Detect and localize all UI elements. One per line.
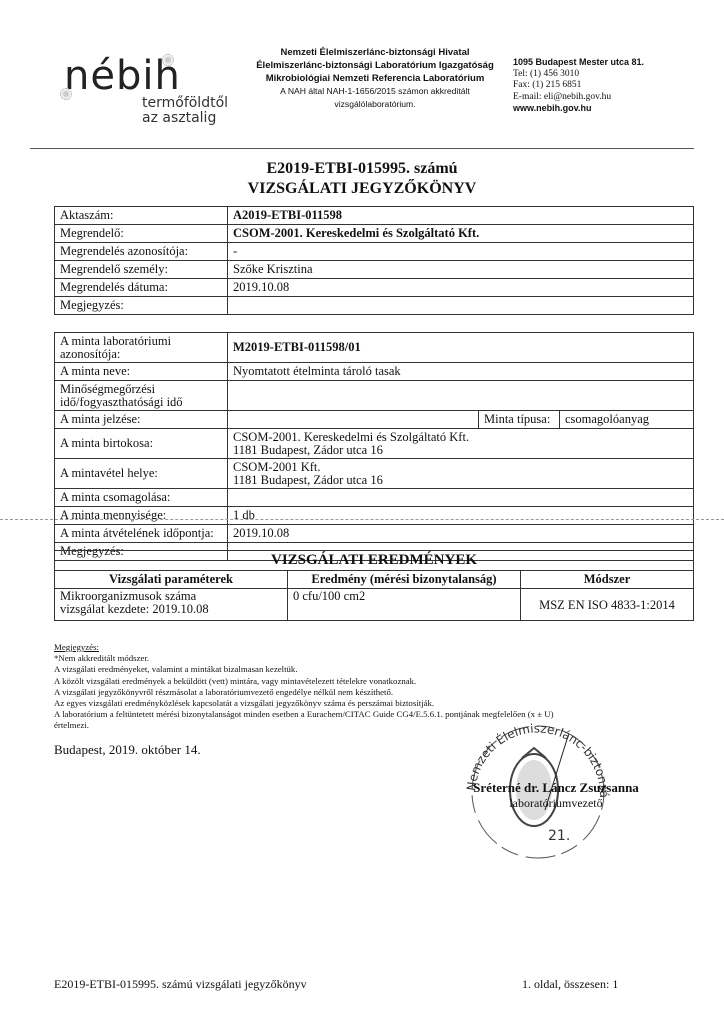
table-row: A minta laboratóriumiazonosítója: M2019-… xyxy=(55,333,694,363)
table-row: Aktaszám:A2019-ETBI-011598 xyxy=(55,207,694,225)
contact-email: E-mail: eli@nebih.gov.hu xyxy=(513,92,683,104)
institution-block: Nemzeti Élelmiszerlánc-biztonsági Hivata… xyxy=(240,46,510,111)
signatory-name: Sréterné dr. Láncz Zsuzsanna xyxy=(456,780,656,796)
field-label: A minta laboratóriumiazonosítója: xyxy=(55,333,228,363)
order-id-value: - xyxy=(228,243,694,261)
note-line: *Nem akkreditált módszer. xyxy=(54,653,694,664)
contact-person-value: Szőke Krisztina xyxy=(228,261,694,279)
contact-block: 1095 Budapest Mester utca 81. Tel: (1) 4… xyxy=(513,57,683,115)
institution-line: Mikrobiológiai Nemzeti Referencia Labora… xyxy=(240,72,510,85)
sample-owner-value: CSOM-2001. Kereskedelmi és Szolgáltató K… xyxy=(228,429,694,459)
field-label: Megrendelés azonosítója: xyxy=(55,243,228,261)
accreditation-line: vizsgálólaboratórium. xyxy=(240,98,510,111)
column-header: Módszer xyxy=(521,571,694,589)
table-row: Megrendelés azonosítója:- xyxy=(55,243,694,261)
sample-quantity-value: 1 db xyxy=(228,507,694,525)
order-note-value xyxy=(228,297,694,315)
field-label: Minőségmegőrzésiidő/fogyaszthatósági idő xyxy=(55,381,228,411)
table-row: VIZSGÁLATI EREDMÉNYEK xyxy=(55,551,694,571)
results-table: VIZSGÁLATI EREDMÉNYEK Vizsgálati paramét… xyxy=(54,550,694,621)
stamp-number: 21. xyxy=(548,828,570,844)
sample-received-value: 2019.10.08 xyxy=(228,525,694,543)
logo-tagline: termőföldtől az asztalig xyxy=(142,96,228,126)
nebih-logo: nébih termőföldtől az asztalig xyxy=(58,54,208,134)
order-table: Aktaszám:A2019-ETBI-011598 Megrendelő:CS… xyxy=(54,206,694,315)
table-row: A minta birtokosa: CSOM-2001. Kereskedel… xyxy=(55,429,694,459)
field-label: A mintavétel helye: xyxy=(55,459,228,489)
column-header: Vizsgálati paraméterek xyxy=(55,571,288,589)
file-number-value: A2019-ETBI-011598 xyxy=(228,207,694,225)
logo-dot-icon xyxy=(60,88,72,100)
field-label: Minta típusa: xyxy=(479,411,560,429)
note-line: A vizsgálati jegyzőkönyvről részmásolat … xyxy=(54,687,694,698)
logo-dot-icon xyxy=(162,54,174,66)
report-heading: VIZSGÁLATI JEGYZŐKÖNYV xyxy=(0,179,724,199)
field-label: Megrendelő személy: xyxy=(55,261,228,279)
place-and-date: Budapest, 2019. október 14. xyxy=(54,742,201,758)
field-label: Megrendelés dátuma: xyxy=(55,279,228,297)
table-row: Megrendelés dátuma:2019.10.08 xyxy=(55,279,694,297)
table-row: A minta átvételének időpontja: 2019.10.0… xyxy=(55,525,694,543)
sample-marking-value xyxy=(228,411,479,429)
field-label: Megrendelő: xyxy=(55,225,228,243)
customer-value: CSOM-2001. Kereskedelmi és Szolgáltató K… xyxy=(228,225,694,243)
field-label: Aktaszám: xyxy=(55,207,228,225)
field-label: A minta birtokosa: xyxy=(55,429,228,459)
field-label: A minta jelzése: xyxy=(55,411,228,429)
result-parameter: Mikroorganizmusok számavizsgálat kezdete… xyxy=(55,589,288,621)
table-row: Megrendelő személy:Szőke Krisztina xyxy=(55,261,694,279)
institution-line: Nemzeti Élelmiszerlánc-biztonsági Hivata… xyxy=(240,46,510,59)
signatory-role: laboratóriumvezető xyxy=(456,796,656,811)
contact-address: 1095 Budapest Mester utca 81. xyxy=(513,57,683,69)
table-row: Megrendelő:CSOM-2001. Kereskedelmi és Sz… xyxy=(55,225,694,243)
contact-fax: Fax: (1) 215 6851 xyxy=(513,80,683,92)
sample-packaging-value xyxy=(228,489,694,507)
accreditation-line: A NAH által NAH-1-1656/2015 számon akkre… xyxy=(240,85,510,98)
sample-name-value: Nyomtatott ételminta tároló tasak xyxy=(228,363,694,381)
institution-line: Élelmiszerlánc-biztonsági Laboratórium I… xyxy=(240,59,510,72)
result-value: 0 cfu/100 cm2 xyxy=(288,589,521,621)
result-method: MSZ EN ISO 4833-1:2014 xyxy=(521,589,694,621)
table-row: Minőségmegőrzésiidő/fogyaszthatósági idő xyxy=(55,381,694,411)
order-date-value: 2019.10.08 xyxy=(228,279,694,297)
footer-page-number: 1. oldal, összesen: 1 xyxy=(522,977,618,992)
sample-table: A minta laboratóriumiazonosítója: M2019-… xyxy=(54,332,694,561)
table-row: A mintavétel helye: CSOM-2001 Kft.1181 B… xyxy=(55,459,694,489)
field-label: Megjegyzés: xyxy=(55,297,228,315)
table-header-row: Vizsgálati paraméterek Eredmény (mérési … xyxy=(55,571,694,589)
table-row: Megjegyzés: xyxy=(55,297,694,315)
table-row: A minta mennyisége: 1 db xyxy=(55,507,694,525)
scan-artifact-line xyxy=(0,519,724,520)
field-label: A minta csomagolása: xyxy=(55,489,228,507)
sample-expiry-value xyxy=(228,381,694,411)
field-label: A minta neve: xyxy=(55,363,228,381)
document-title: E2019-ETBI-015995. számú VIZSGÁLATI JEGY… xyxy=(0,159,724,199)
table-row: A minta jelzése: Minta típusa: csomagoló… xyxy=(55,411,694,429)
table-row: Mikroorganizmusok számavizsgálat kezdete… xyxy=(55,589,694,621)
sampling-place-value: CSOM-2001 Kft.1181 Budapest, Zádor utca … xyxy=(228,459,694,489)
table-row: A minta neve: Nyomtatott ételminta tárol… xyxy=(55,363,694,381)
notes-title: Megjegyzés: xyxy=(54,642,694,653)
sample-lab-id-value: M2019-ETBI-011598/01 xyxy=(228,333,694,363)
table-row: A minta csomagolása: xyxy=(55,489,694,507)
header-divider xyxy=(30,148,694,149)
results-heading: VIZSGÁLATI EREDMÉNYEK xyxy=(55,551,694,571)
footer-document-id: E2019-ETBI-015995. számú vizsgálati jegy… xyxy=(54,977,307,992)
field-label: A minta átvételének időpontja: xyxy=(55,525,228,543)
contact-tel: Tel: (1) 456 3010 xyxy=(513,69,683,81)
sample-type-value: csomagolóanyag xyxy=(560,411,694,429)
contact-web: www.nebih.gov.hu xyxy=(513,103,683,115)
note-line: A vizsgálati eredményeket, valamint a mi… xyxy=(54,664,694,675)
column-header: Eredmény (mérési bizonytalanság) xyxy=(288,571,521,589)
note-line: A közölt vizsgálati eredmények a beküldö… xyxy=(54,676,694,687)
report-number: E2019-ETBI-015995. számú xyxy=(0,159,724,179)
field-label: A minta mennyisége: xyxy=(55,507,228,525)
